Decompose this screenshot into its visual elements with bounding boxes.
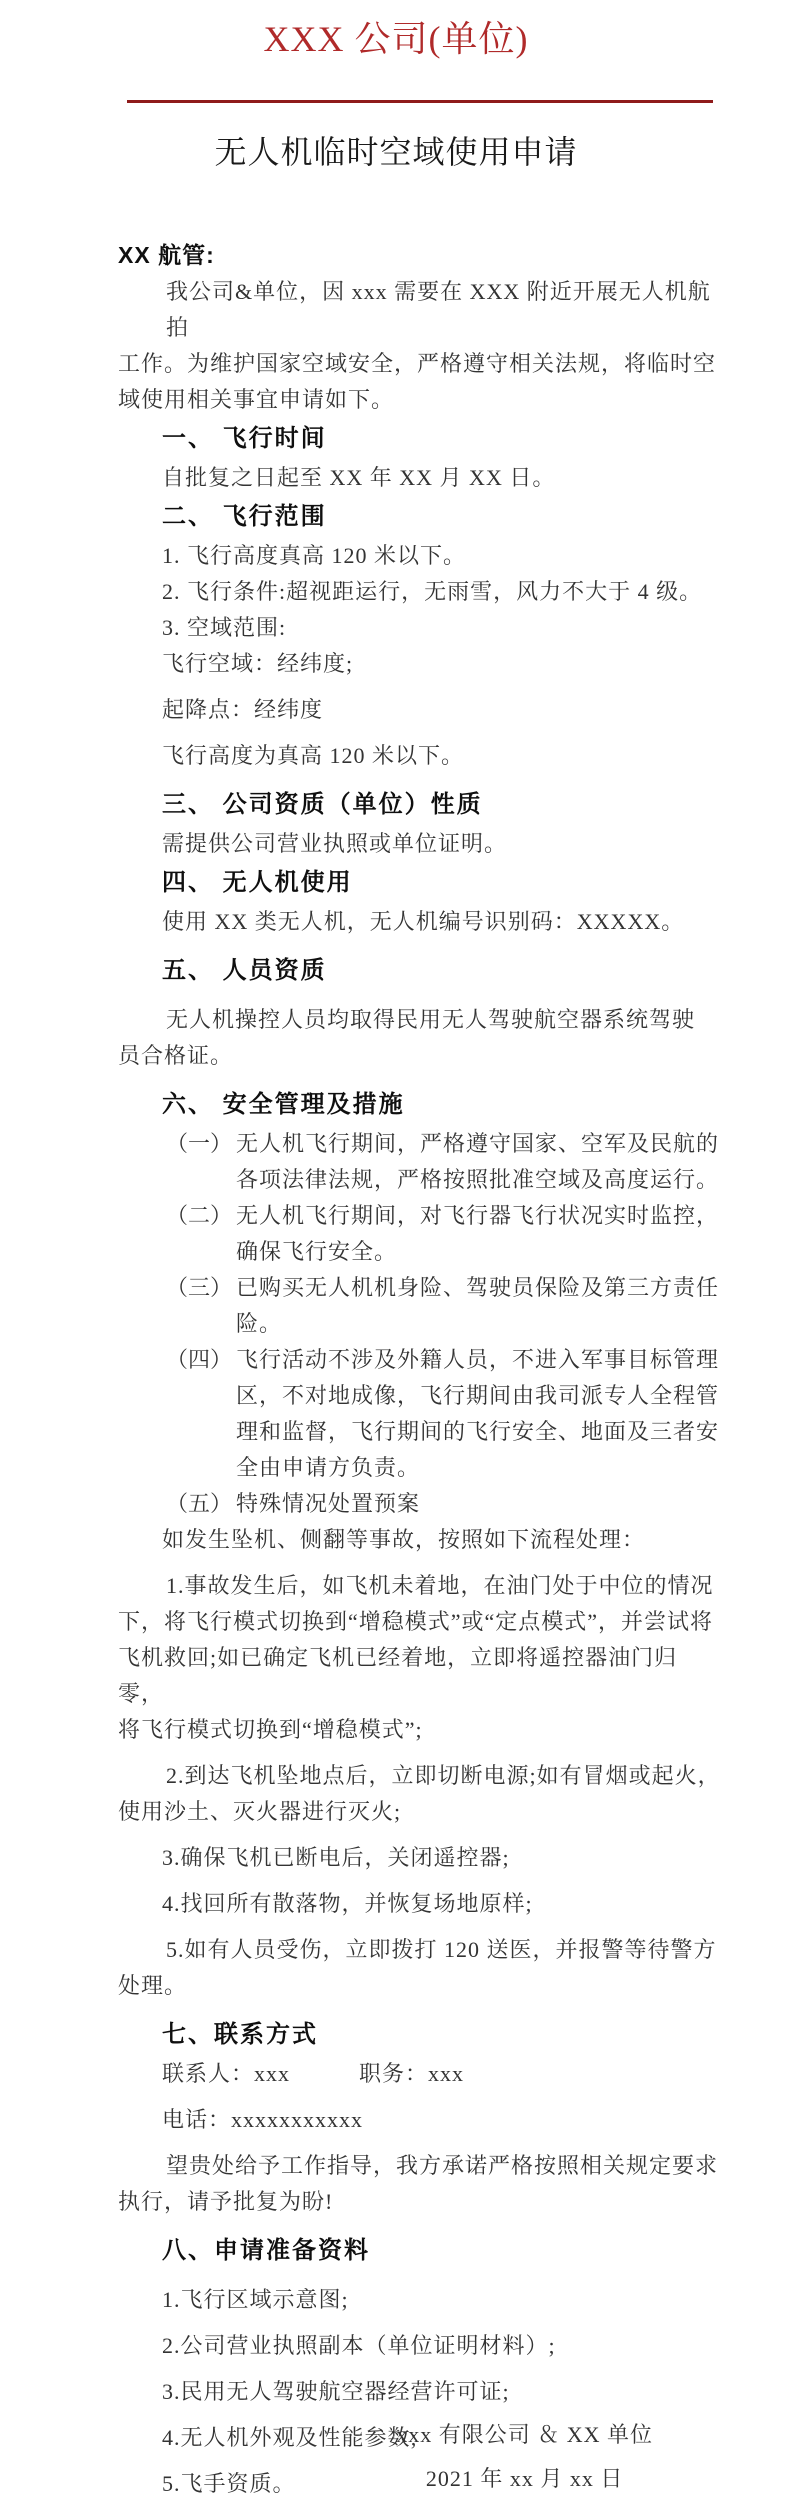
doc-line: 需提供公司营业执照或单位证明。: [162, 826, 722, 862]
doc-line: 无人机飞行期间，对飞行器飞行状况实时监控，: [236, 1198, 722, 1234]
list-item: （四）飞行活动不涉及外籍人员，不进入军事目标管理区，不对地成像，飞行期间由我司派…: [166, 1342, 722, 1486]
company-title: XXX 公司(单位): [0, 16, 792, 62]
doc-line: 望贵处给予工作指导，我方承诺严格按照相关规定要求: [166, 2148, 722, 2184]
doc-line: 1. 飞行高度真高 120 米以下。: [162, 538, 722, 574]
doc-line: 使用沙土、灭火器进行灭火;: [118, 1794, 722, 1830]
doc-line: 2.公司营业执照副本（单位证明材料）;: [162, 2328, 722, 2364]
document-footer: xxx 有限公司 ＆ XX 单位 2021 年 xx 月 xx 日: [396, 2420, 653, 2494]
doc-line: 自批复之日起至 XX 年 XX 月 XX 日。: [162, 460, 722, 496]
header-divider-line: [127, 100, 713, 103]
section-heading: 三、 公司资质（单位）性质: [162, 784, 722, 826]
doc-line: 5.如有人员受伤，立即拨打 120 送医，并报警等待警方: [166, 1932, 722, 1968]
doc-line: 1.飞行区域示意图;: [162, 2282, 722, 2318]
section-heading: 四、 无人机使用: [162, 862, 722, 904]
paragraph: 望贵处给予工作指导，我方承诺严格按照相关规定要求执行，请予批复为盼!: [118, 2148, 722, 2220]
doc-line: 下，将飞行模式切换到“增稳模式”或“定点模式”，并尝试将: [118, 1604, 722, 1640]
list-item-label: （二）: [166, 1198, 232, 1270]
doc-line: 工作。为维护国家空域安全，严格遵守相关法规，将临时空: [118, 346, 722, 382]
doc-line: 将飞行模式切换到“增稳模式”;: [118, 1712, 722, 1748]
doc-line: 确保飞行安全。: [236, 1234, 722, 1270]
paragraph: 2.到达飞机坠地点后，立即切断电源;如有冒烟或起火，使用沙土、灭火器进行灭火;: [118, 1758, 722, 1830]
doc-line: 起降点：经纬度: [162, 692, 722, 728]
doc-line: 员合格证。: [118, 1038, 722, 1074]
doc-line: 飞行活动不涉及外籍人员，不进入军事目标管理: [236, 1342, 722, 1378]
list-item-text: 已购买无人机机身险、驾驶员保险及第三方责任险。: [236, 1270, 722, 1342]
doc-line: 已购买无人机机身险、驾驶员保险及第三方责任: [236, 1270, 722, 1306]
doc-line: 1.事故发生后，如飞机未着地，在油门处于中位的情况: [166, 1568, 722, 1604]
section-heading: 七、联系方式: [162, 2014, 722, 2056]
doc-line: 2. 飞行条件:超视距运行，无雨雪，风力不大于 4 级。: [162, 574, 722, 610]
paragraph: 无人机操控人员均取得民用无人驾驶航空器系统驾驶员合格证。: [118, 1002, 722, 1074]
doc-line: 区，不对地成像，飞行期间由我司派专人全程管: [236, 1378, 722, 1414]
list-item: （一）无人机飞行期间，严格遵守国家、空军及民航的各项法律法规，严格按照批准空域及…: [166, 1126, 722, 1198]
section-heading: 八、申请准备资料: [162, 2230, 722, 2272]
list-item: （二）无人机飞行期间，对飞行器飞行状况实时监控，确保飞行安全。: [166, 1198, 722, 1270]
doc-line: 无人机飞行期间，严格遵守国家、空军及民航的: [236, 1126, 722, 1162]
doc-line: 全由申请方负责。: [236, 1450, 722, 1486]
doc-line: 处理。: [118, 1968, 722, 2004]
list-item-text: 无人机飞行期间，对飞行器飞行状况实时监控，确保飞行安全。: [236, 1198, 722, 1270]
signature-company: xxx 有限公司 ＆ XX 单位: [396, 2420, 653, 2450]
list-item-label: （五）: [166, 1486, 232, 1522]
section-heading: 六、 安全管理及措施: [162, 1084, 722, 1126]
doc-line: 我公司&单位，因 xxx 需要在 XXX 附近开展无人机航拍: [166, 274, 722, 346]
document-body: XX 航管:我公司&单位，因 xxx 需要在 XXX 附近开展无人机航拍工作。为…: [0, 173, 792, 2498]
doc-line: 使用 XX 类无人机，无人机编号识别码：XXXXX。: [162, 904, 722, 940]
paragraph: 我公司&单位，因 xxx 需要在 XXX 附近开展无人机航拍工作。为维护国家空域…: [118, 274, 722, 418]
salutation-line: XX 航管:: [118, 236, 722, 274]
doc-line: 飞行空域：经纬度;: [162, 646, 722, 682]
doc-line: 飞机救回;如已确定飞机已经着地，立即将遥控器油门归零，: [118, 1640, 722, 1712]
doc-line: 3.确保飞机已断电后，关闭遥控器;: [162, 1840, 722, 1876]
doc-line: 3. 空域范围:: [162, 610, 722, 646]
doc-line: 飞行高度为真高 120 米以下。: [162, 738, 722, 774]
doc-line: 无人机操控人员均取得民用无人驾驶航空器系统驾驶: [166, 1002, 722, 1038]
signature-date: 2021 年 xx 月 xx 日: [396, 2464, 653, 2494]
doc-line: 险。: [236, 1306, 722, 1342]
doc-line: 3.民用无人驾驶航空器经营许可证;: [162, 2374, 722, 2410]
doc-line: 域使用相关事宜申请如下。: [118, 382, 722, 418]
list-item-label: （一）: [166, 1126, 232, 1198]
list-item-text: 特殊情况处置预案: [236, 1486, 722, 1522]
list-item-text: 无人机飞行期间，严格遵守国家、空军及民航的各项法律法规，严格按照批准空域及高度运…: [236, 1126, 722, 1198]
doc-line: 理和监督，飞行期间的飞行安全、地面及三者安: [236, 1414, 722, 1450]
document-title: 无人机临时空域使用申请: [0, 131, 792, 173]
list-item-text: 飞行活动不涉及外籍人员，不进入军事目标管理区，不对地成像，飞行期间由我司派专人全…: [236, 1342, 722, 1486]
doc-line: 执行，请予批复为盼!: [118, 2184, 722, 2220]
paragraph: 5.如有人员受伤，立即拨打 120 送医，并报警等待警方处理。: [118, 1932, 722, 2004]
doc-line: 如发生坠机、侧翻等事故，按照如下流程处理：: [162, 1522, 722, 1558]
list-item: （三）已购买无人机机身险、驾驶员保险及第三方责任险。: [166, 1270, 722, 1342]
doc-line: 2.到达飞机坠地点后，立即切断电源;如有冒烟或起火，: [166, 1758, 722, 1794]
doc-line: 4.找回所有散落物，并恢复场地原样;: [162, 1886, 722, 1922]
list-item-label: （四）: [166, 1342, 232, 1486]
section-heading: 二、 飞行范围: [162, 496, 722, 538]
document-page: XXX 公司(单位) 无人机临时空域使用申请 XX 航管:我公司&单位，因 xx…: [0, 0, 792, 2498]
paragraph: 1.事故发生后，如飞机未着地，在油门处于中位的情况下，将飞行模式切换到“增稳模式…: [118, 1568, 722, 1748]
doc-line: 电话：xxxxxxxxxxx: [162, 2102, 722, 2138]
section-heading: 五、 人员资质: [162, 950, 722, 992]
doc-line: 联系人：xxx 职务：xxx: [162, 2056, 722, 2092]
section-heading: 一、 飞行时间: [162, 418, 722, 460]
list-item-label: （三）: [166, 1270, 232, 1342]
list-item: （五）特殊情况处置预案: [166, 1486, 722, 1522]
doc-line: 各项法律法规，严格按照批准空域及高度运行。: [236, 1162, 722, 1198]
doc-line: 特殊情况处置预案: [236, 1486, 722, 1522]
